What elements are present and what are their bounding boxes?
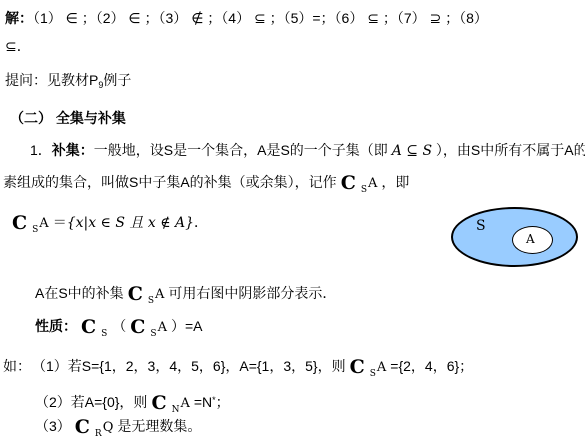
solution-label: 解： — [5, 10, 33, 26]
property-equals: =A — [185, 318, 203, 334]
complement-subscript: S — [148, 296, 154, 306]
complement-c: C — [151, 392, 166, 414]
complement-subscript: S — [101, 329, 107, 339]
section-heading: （二） 全集与补集 — [10, 108, 126, 128]
complement-c: C — [75, 416, 90, 438]
example-line-3: （3）CRQ是无理数集。 — [35, 416, 201, 444]
example-line-1: 如：（1）若S={1，2，3，4，5，6}，A={1，3，5}，则CSA={2，… — [3, 356, 473, 384]
formula-line: CSA＝{x|x ∈ S 且 x ∉ A}． — [8, 212, 208, 240]
shaded-note-line: A在S中的补集CSA可用右图中阴影部分表示． — [35, 283, 336, 311]
complement-notation: CSA — [130, 316, 167, 344]
complement-notation: CSA — [128, 283, 165, 311]
complement-notation: CSA — [12, 212, 49, 240]
document-page: 解：（1） ∈ ；（2） ∈ ；（3） ∉ ；（4） ⊆ ；（5）=；（6） ⊆… — [0, 0, 585, 444]
question-label: 提问： — [5, 72, 47, 88]
property-open-paren: （ — [112, 318, 126, 334]
example-3-text-1: （3） — [35, 418, 71, 434]
complement-c: C — [128, 283, 143, 305]
definition-text-1: 一般地，设S是一个集合，A是S的一个子集（即 — [94, 142, 392, 158]
complement-subscript: S — [370, 369, 376, 379]
complement-subscript: N — [172, 405, 180, 415]
venn-diagram: S A — [448, 202, 582, 270]
definition-text-4: ，即 — [381, 174, 409, 190]
example-1-text-1: （1）若S={1，2，3，4，5，6}，A={1，3，5}，则 — [39, 358, 346, 374]
example-2-text-2: =N — [194, 394, 212, 410]
examples-label: 如： — [3, 358, 31, 374]
definition-math-subset: A ⊆ S — [392, 143, 432, 159]
complement-c: C — [12, 212, 27, 234]
example-1-text-2: ={2，4，6}； — [390, 358, 473, 374]
complement-arg: A — [180, 396, 189, 411]
formula-period: ． — [194, 214, 208, 230]
property-label: 性质： — [35, 318, 77, 334]
complement-notation: CRQ — [75, 416, 114, 444]
complement-notation: CSA — [341, 172, 378, 200]
definition-text-3: 素组成的集合，叫做S中子集A的补集（或余集），记作 — [3, 174, 337, 190]
formula-set-builder: {x|x ∈ S 且 x ∉ A} — [67, 215, 194, 231]
complement-subscript: S — [361, 185, 367, 195]
complement-c: C — [81, 316, 96, 338]
definition-line-1: 1．补集：一般地，设S是一个集合，A是S的一个子集（即 A ⊆ S ），由S中所… — [30, 140, 585, 161]
complement-arg: A — [377, 360, 386, 375]
complement-subscript: S — [150, 329, 156, 339]
complement-c: C — [350, 356, 365, 378]
complement-c: C — [130, 316, 145, 338]
venn-label-a: A — [526, 232, 535, 246]
complement-subscript: R — [95, 429, 102, 439]
solution-answers-wrap: ⊆． — [5, 38, 31, 54]
solution-answers: （1） ∈ ；（2） ∈ ；（3） ∉ ；（4） ⊆ ；（5）=；（6） ⊆ ；… — [33, 10, 488, 26]
example-2-text-3: ； — [216, 394, 230, 410]
example-3-text-2: 是无理数集。 — [117, 418, 201, 434]
venn-label-s: S — [476, 218, 486, 234]
definition-number: 1． — [30, 142, 52, 158]
complement-notation: CS — [81, 316, 108, 344]
solution-line-1: 解：（1） ∈ ；（2） ∈ ；（3） ∉ ；（4） ⊆ ；（5）=；（6） ⊆… — [5, 8, 488, 28]
shaded-note-text-2: 可用右图中阴影部分表示． — [168, 285, 336, 301]
definition-text-2: ），由S中所有不属于A的元 — [432, 142, 585, 158]
complement-arg: Q — [103, 420, 114, 435]
definition-line-2: 素组成的集合，叫做S中子集A的补集（或余集），记作CSA，即 — [3, 172, 409, 200]
complement-arg: A — [158, 320, 167, 335]
question-line: 提问：见教材P9例子 — [5, 70, 131, 95]
complement-c: C — [341, 172, 356, 194]
question-text-post: 例子 — [103, 72, 131, 88]
complement-subscript: S — [32, 225, 38, 235]
solution-line-2: ⊆． — [5, 36, 31, 56]
complement-arg: A — [155, 287, 164, 302]
shaded-note-text-1: A在S中的补集 — [35, 285, 124, 301]
formula-equals: ＝ — [53, 214, 67, 230]
property-line: 性质：CS（CSA）=A — [35, 316, 203, 344]
complement-arg: A — [368, 176, 377, 191]
question-text-pre: 见教材P — [47, 72, 98, 88]
definition-term: 补集： — [52, 142, 94, 158]
example-2-text-1: （2）若A={0}，则 — [35, 394, 147, 410]
complement-arg: A — [39, 216, 48, 231]
property-close-paren: ） — [171, 318, 185, 334]
complement-notation: CSA — [350, 356, 387, 384]
